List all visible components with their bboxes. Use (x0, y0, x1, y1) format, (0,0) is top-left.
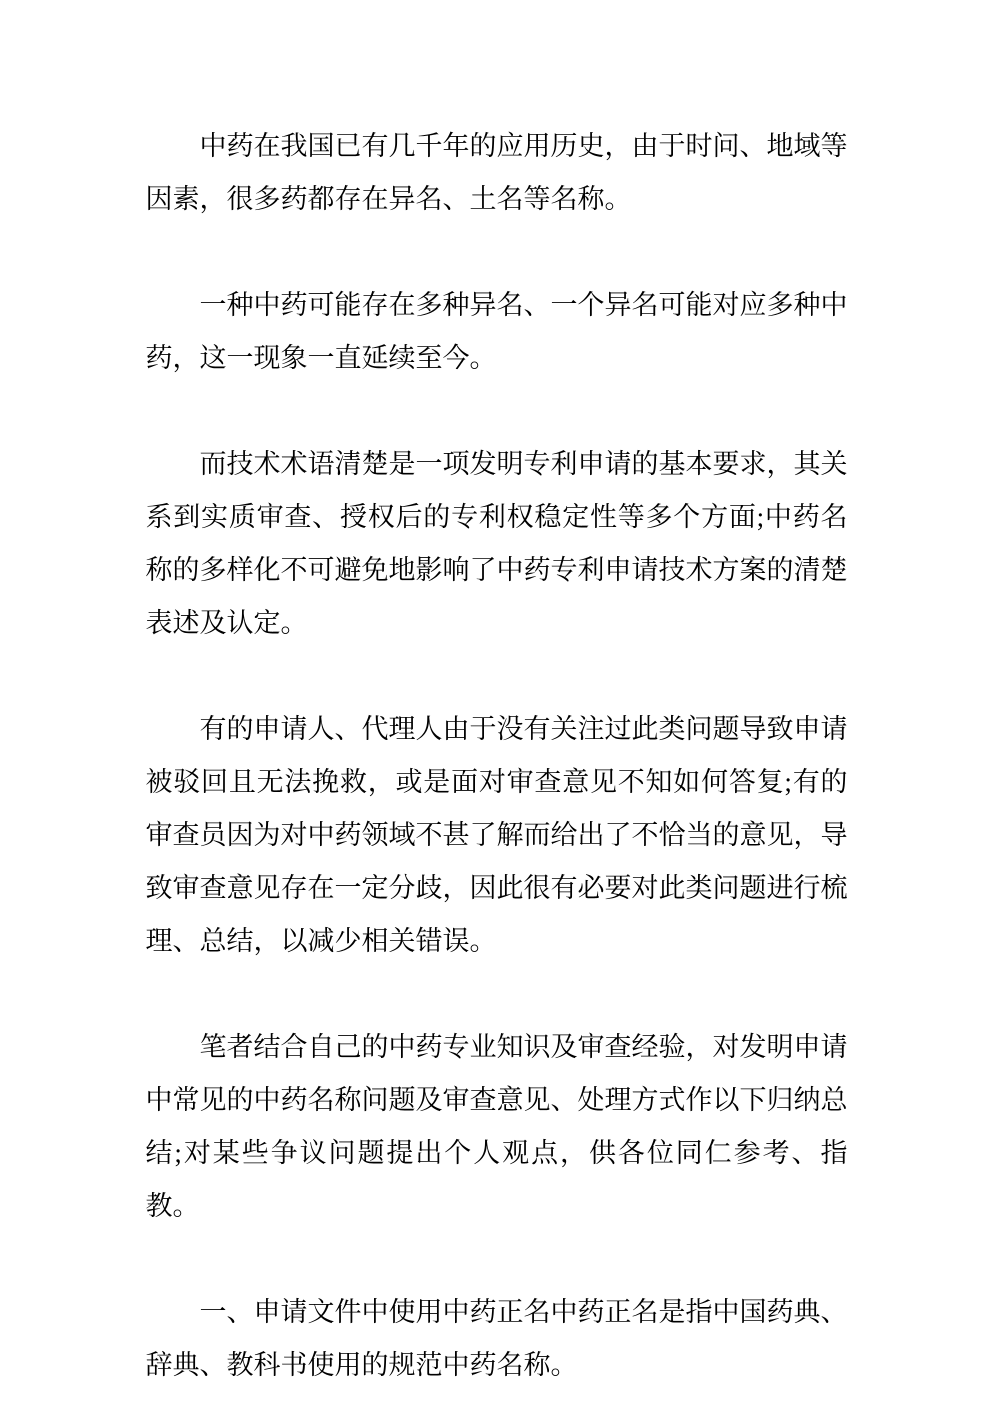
paragraph-5: 笔者结合自己的中药专业知识及审查经验，对发明申请中常见的中药名称问题及审查意见、… (146, 1021, 848, 1233)
paragraph-6: 一、申请文件中使用中药正名中药正名是指中国药典、辞典、教科书使用的规范中药名称。 (146, 1286, 848, 1392)
paragraph-1: 中药在我国已有几千年的应用历史，由于时问、地域等因素，很多药都存在异名、土名等名… (146, 120, 848, 226)
document-page: 中药在我国已有几千年的应用历史，由于时问、地域等因素，很多药都存在异名、土名等名… (0, 0, 993, 1404)
paragraph-3: 而技术术语清楚是一项发明专利申请的基本要求，其关系到实质审查、授权后的专利权稳定… (146, 438, 848, 650)
paragraph-4: 有的申请人、代理人由于没有关注过此类问题导致申请被驳回且无法挽救，或是面对审查意… (146, 703, 848, 968)
paragraph-2: 一种中药可能存在多种异名、一个异名可能对应多种中药，这一现象一直延续至今。 (146, 279, 848, 385)
document-body: 中药在我国已有几千年的应用历史，由于时问、地域等因素，很多药都存在异名、土名等名… (146, 0, 848, 1392)
